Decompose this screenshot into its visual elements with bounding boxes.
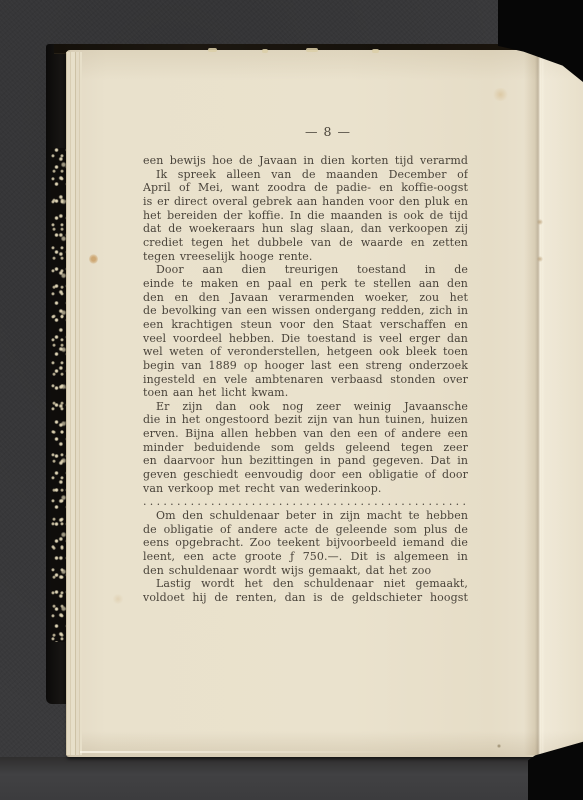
text-line: Er zijn dan ook nog zeer weinig Javaansc… bbox=[143, 400, 468, 414]
text-line: einde te maken en paal en perk te stelle… bbox=[143, 277, 468, 291]
dotted-divider-line: ........................................… bbox=[143, 495, 468, 509]
page-bottom-edge-highlight bbox=[80, 751, 410, 753]
page-number: — 8 — bbox=[268, 124, 388, 140]
text-line: Om den schuldenaar beter in zijn macht t… bbox=[143, 509, 468, 523]
text-line: de bevolking van een wissen ondergang re… bbox=[143, 304, 468, 318]
text-block: een bewijs hoe de Javaan in dien korten … bbox=[143, 154, 468, 605]
page-edge-chip bbox=[306, 48, 318, 52]
book-photo: — 8 — een bewijs hoe de Javaan in dien k… bbox=[0, 0, 583, 800]
text-line: erven. Bijna allen hebben van den een of… bbox=[143, 427, 468, 441]
text-line: Ik spreek alleen van de maanden December… bbox=[143, 168, 468, 182]
text-line: eens opgebracht. Zoo teekent bijvoorbeel… bbox=[143, 536, 468, 550]
text-line: den en den Javaan verarmenden woeker, zo… bbox=[143, 291, 468, 305]
page-edge-chip bbox=[208, 48, 217, 52]
paper-stain bbox=[537, 256, 543, 262]
text-line: tegen vreeselijk hooge rente. bbox=[143, 250, 468, 264]
paper-stain bbox=[492, 88, 509, 101]
text-line: toen aan het licht kwam. bbox=[143, 386, 468, 400]
text-line: leent, een acte groote ƒ 750.—. Dit is a… bbox=[143, 550, 468, 564]
text-line: wel weten of veronderstellen, hetgeen oo… bbox=[143, 345, 468, 359]
paper-stain bbox=[89, 254, 98, 264]
text-line: minder beduidende som gelds geleend tege… bbox=[143, 441, 468, 455]
paper-stain bbox=[112, 594, 124, 604]
text-line: een krachtigen steun voor den Staat vers… bbox=[143, 318, 468, 332]
text-line: die in het ongestoord bezit zijn van hun… bbox=[143, 413, 468, 427]
text-line: de obligatie of andere acte de geleende … bbox=[143, 523, 468, 537]
text-line: dat de woekeraars hun slag slaan, dan ve… bbox=[143, 222, 468, 236]
page-edge-chip bbox=[262, 49, 268, 53]
text-line: voldoet hij de renten, dan is de geldsch… bbox=[143, 591, 468, 605]
text-line: en daarvoor hun bezittingen in pand gege… bbox=[143, 454, 468, 468]
facing-page-edge bbox=[542, 56, 583, 755]
text-line: April of Mei, want zoodra de padie- en k… bbox=[143, 181, 468, 195]
text-line: Lastig wordt het den schuldenaar niet ge… bbox=[143, 577, 468, 591]
photo-background-bottom bbox=[0, 757, 583, 800]
text-line: geven geschiedt eenvoudig door een oblig… bbox=[143, 468, 468, 482]
text-line: een bewijs hoe de Javaan in dien korten … bbox=[143, 154, 468, 168]
text-line: van verkoop met recht van wederinkoop. bbox=[143, 482, 468, 496]
text-line: den schuldenaar wordt wijs gemaakt, dat … bbox=[143, 564, 468, 578]
paper-speck bbox=[497, 744, 501, 748]
paper-stain bbox=[537, 219, 543, 225]
text-line: begin van 1889 op hooger last een streng… bbox=[143, 359, 468, 373]
text-line: crediet tegen het dubbele van de waarde … bbox=[143, 236, 468, 250]
text-line: ingesteld en vele ambtenaren verbaasd st… bbox=[143, 373, 468, 387]
text-line: Door aan dien treurigen toestand in de k… bbox=[143, 263, 468, 277]
text-line: is er direct overal gebrek aan handen vo… bbox=[143, 195, 468, 209]
page-leaf-edges bbox=[66, 52, 82, 755]
text-line: veel voordeel hebben. Die toestand is ve… bbox=[143, 332, 468, 346]
page-edge-chip bbox=[372, 49, 379, 53]
text-line: het bereiden der koffie. In die maanden … bbox=[143, 209, 468, 223]
